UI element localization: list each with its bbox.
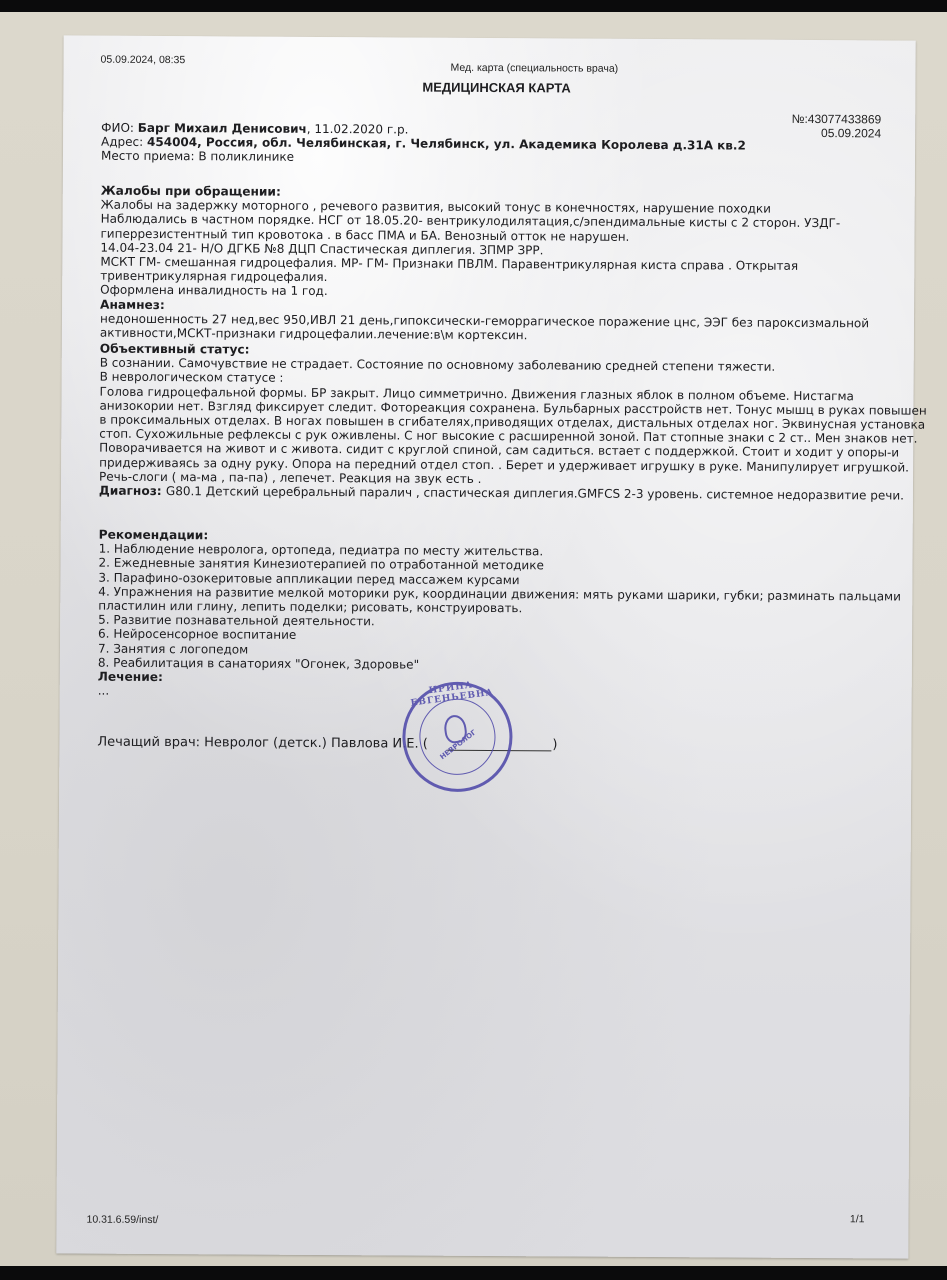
objective-status-section: Объективный статус: В сознании. Самочувс… xyxy=(99,342,890,503)
signature-close-paren: ) xyxy=(552,738,557,752)
recommendations-list: 1. Наблюдение невролога, ортопеда, педиа… xyxy=(98,542,889,675)
complaints-text: Жалобы на задержку моторного , речевого … xyxy=(100,198,891,302)
print-datetime: 05.09.2024, 08:35 xyxy=(101,54,186,67)
attending-doctor: Лечащий врач: Невролог (детск.) Павлова … xyxy=(97,735,428,752)
page-number: 1/1 xyxy=(850,1213,865,1225)
anamnesis-text: недоношенность 27 нед,вес 950,ИВЛ 21 ден… xyxy=(100,312,890,345)
footer-url: 10.31.6.59/inst/ xyxy=(86,1214,158,1226)
place-label: Место приема: xyxy=(101,149,198,164)
document-title: МЕДИЦИНСКАЯ КАРТА xyxy=(422,80,570,96)
medical-card-page: 05.09.2024, 08:35 Мед. карта (специально… xyxy=(56,35,915,1258)
patient-name: Барг Михаил Денисович xyxy=(138,121,307,136)
address-label: Адрес: xyxy=(101,135,147,149)
objective-status-text: В сознании. Самочувствие не страдает. Со… xyxy=(99,356,890,489)
patient-birthdate: , 11.02.2020 г.р. xyxy=(307,122,409,137)
reception-place: В поликлинике xyxy=(198,150,294,165)
doctor-stamp: ИРИНА ЕВГЕНЬЕВНА НЕВРОЛОГ xyxy=(396,675,520,799)
anamnesis-section: Анамнез: недоношенность 27 нед,вес 950,И… xyxy=(100,298,890,345)
doctor-signature-line: Лечащий врач: Невролог (детск.) Павлова … xyxy=(97,736,428,752)
patient-info: ФИО: Барг Михаил Денисович, 11.02.2020 г… xyxy=(101,121,891,168)
fio-label: ФИО: xyxy=(101,121,138,135)
document-subtitle: Мед. карта (специальность врача) xyxy=(451,62,619,75)
complaints-section: Жалобы при обращении: Жалобы на задержку… xyxy=(100,184,891,302)
diagnosis-label: Диагноз: xyxy=(99,484,166,498)
